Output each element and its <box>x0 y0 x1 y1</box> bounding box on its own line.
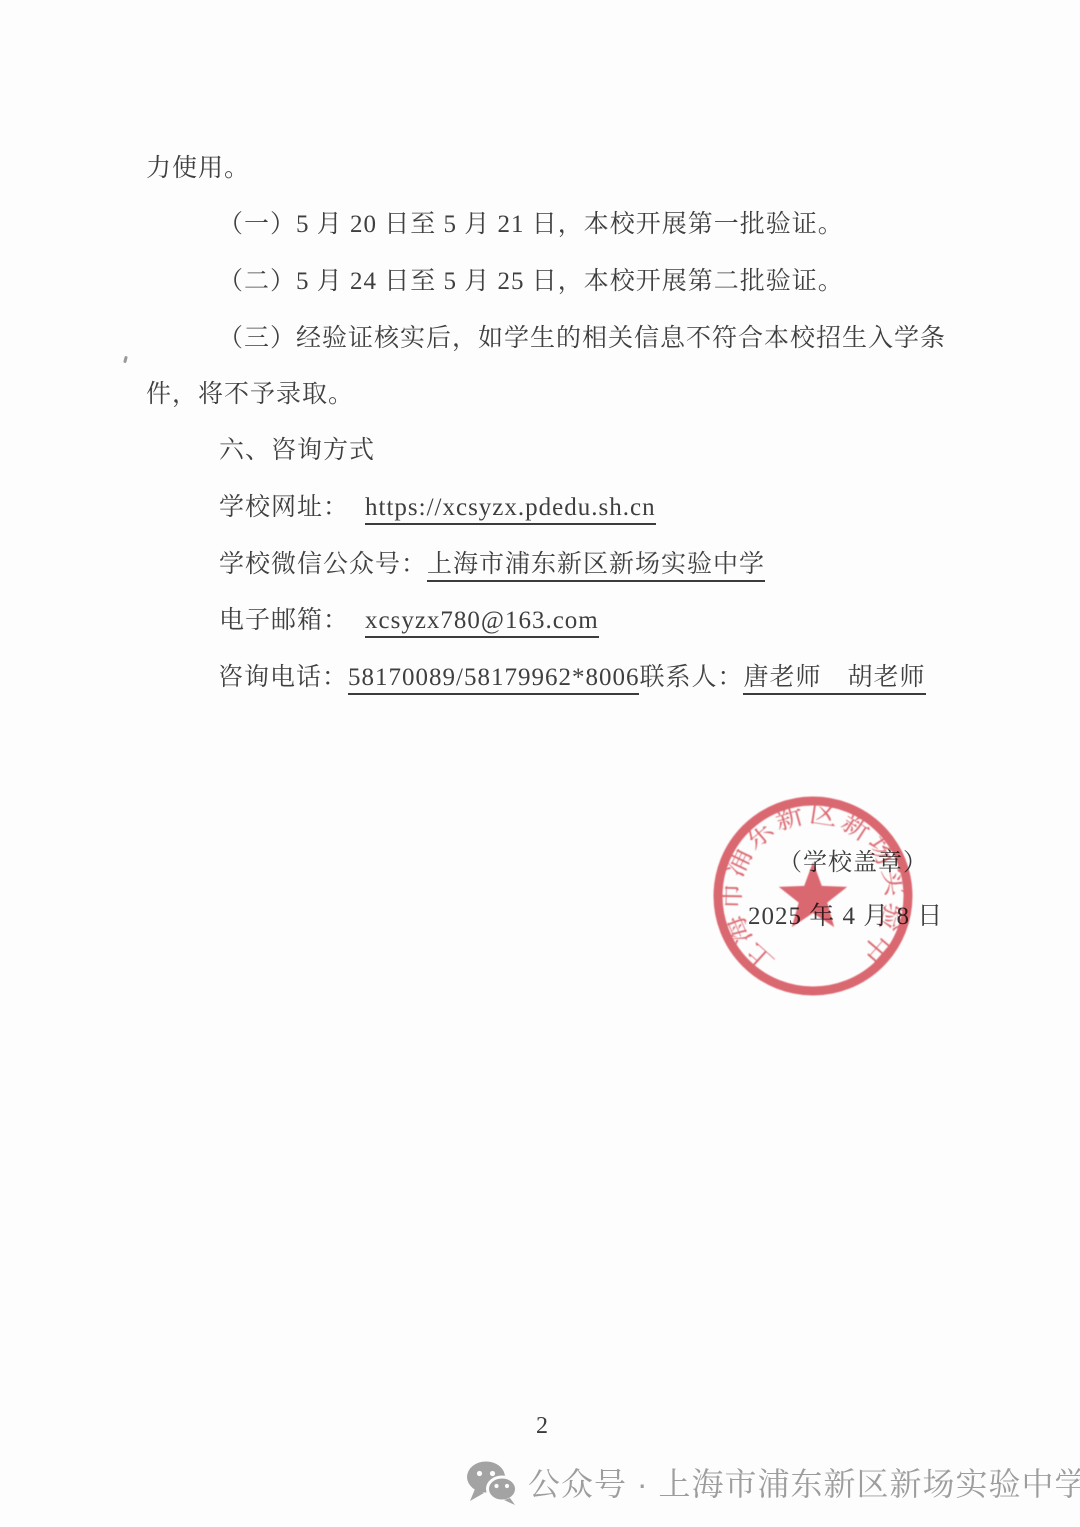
email-line: 电子邮箱：xcsyzx780@163.com <box>219 600 599 636</box>
page-number: 2 <box>536 1413 548 1440</box>
phone-line: 咨询电话：58170089/58179962*8006联系人：唐老师 胡老师 <box>218 657 926 693</box>
section-heading: 六、咨询方式 <box>219 430 375 466</box>
list-item-3: （三）经验证核实后，如学生的相关信息不符合本校招生入学条 <box>218 318 946 354</box>
scan-speck <box>123 356 128 364</box>
wechat-icon <box>466 1460 518 1505</box>
footer-bar: 公众号 · 上海市浦东新区新场实验中学 <box>466 1459 1080 1505</box>
contact-names: 唐老师 胡老师 <box>743 664 925 695</box>
stamp-star-icon <box>779 862 847 927</box>
email-address-link[interactable]: xcsyzx780@163.com <box>365 607 599 638</box>
list-item-1: （一）5 月 20 日至 5 月 21 日，本校开展第一批验证。 <box>218 204 844 240</box>
list-item-3-continued: 件，将不予录取。 <box>146 374 354 410</box>
wechat-label: 学校微信公众号： <box>219 551 427 578</box>
email-label: 电子邮箱： <box>219 607 349 634</box>
website-line: 学校网址：https://xcsyzx.pdedu.sh.cn <box>219 487 656 523</box>
list-item-2: （二）5 月 24 日至 5 月 25 日，本校开展第二批验证。 <box>218 261 844 297</box>
document-page: 力使用。 （一）5 月 20 日至 5 月 21 日，本校开展第一批验证。 （二… <box>0 0 1080 1527</box>
contact-label: 联系人： <box>639 664 743 691</box>
website-label: 学校网址： <box>219 494 349 521</box>
footer-account-line: 公众号 · 上海市浦东新区新场实验中学 <box>528 1459 1080 1505</box>
website-url-link[interactable]: https://xcsyzx.pdedu.sh.cn <box>365 494 656 525</box>
wechat-line: 学校微信公众号：上海市浦东新区新场实验中学 <box>219 544 765 580</box>
phone-numbers: 58170089/58179962*8006 <box>348 664 639 695</box>
paragraph-continued: 力使用。 <box>146 148 250 184</box>
wechat-account-name: 上海市浦东新区新场实验中学 <box>427 551 765 582</box>
phone-label: 咨询电话： <box>218 664 348 691</box>
school-seal-stamp-icon: 上海市浦东新区新场实验中学 <box>703 786 923 1006</box>
